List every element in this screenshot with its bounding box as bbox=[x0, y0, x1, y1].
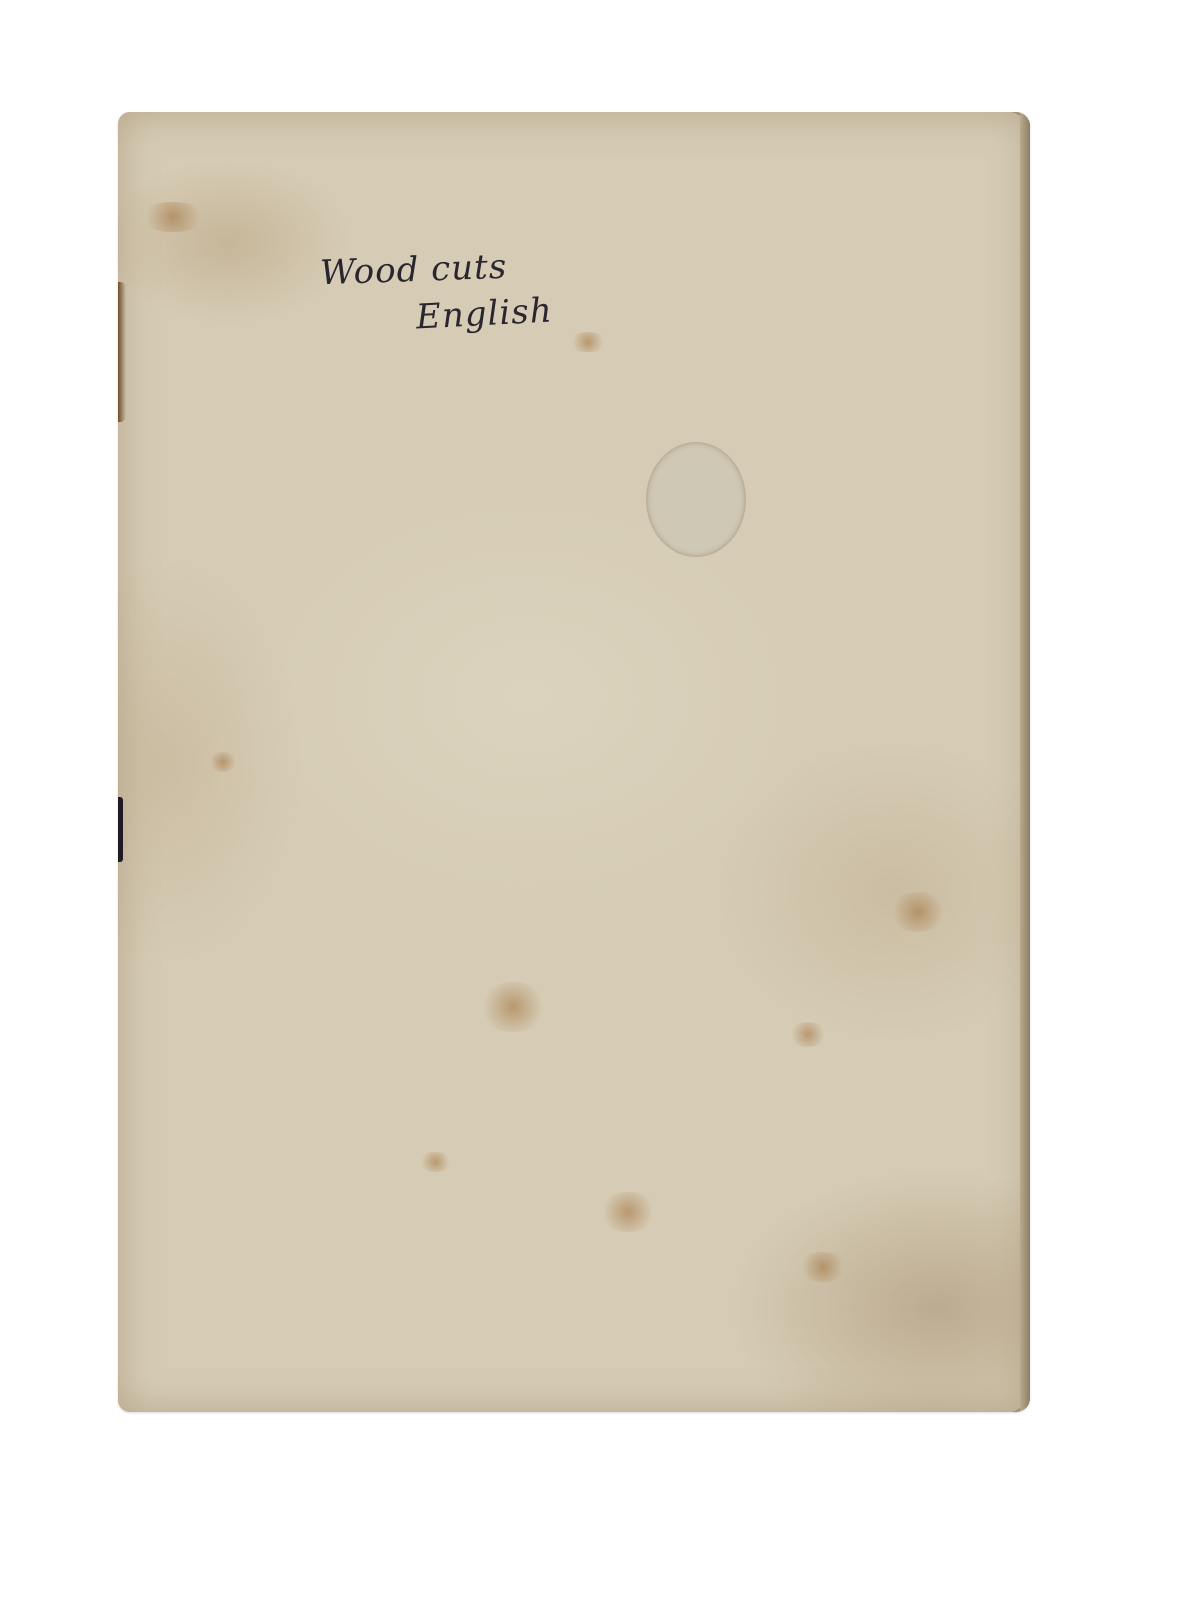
foxing-spot bbox=[208, 752, 238, 772]
foxing-spot bbox=[888, 892, 948, 932]
spine-stain bbox=[118, 282, 126, 422]
foxing-spot bbox=[568, 332, 608, 352]
water-stain bbox=[646, 442, 746, 557]
foxing-spot bbox=[798, 1252, 848, 1282]
handwritten-title: Wood cuts bbox=[319, 247, 507, 294]
staple-mark bbox=[118, 797, 123, 862]
foxing-spot bbox=[138, 202, 208, 232]
page-edges bbox=[1020, 112, 1030, 1412]
foxing-spot bbox=[418, 1152, 453, 1172]
foxing-spot bbox=[788, 1022, 828, 1047]
foxing-spot bbox=[598, 1192, 658, 1232]
handwritten-subtitle: English bbox=[415, 290, 553, 337]
booklet-cover: Wood cuts English bbox=[118, 112, 1030, 1412]
foxing-spot bbox=[478, 982, 548, 1032]
